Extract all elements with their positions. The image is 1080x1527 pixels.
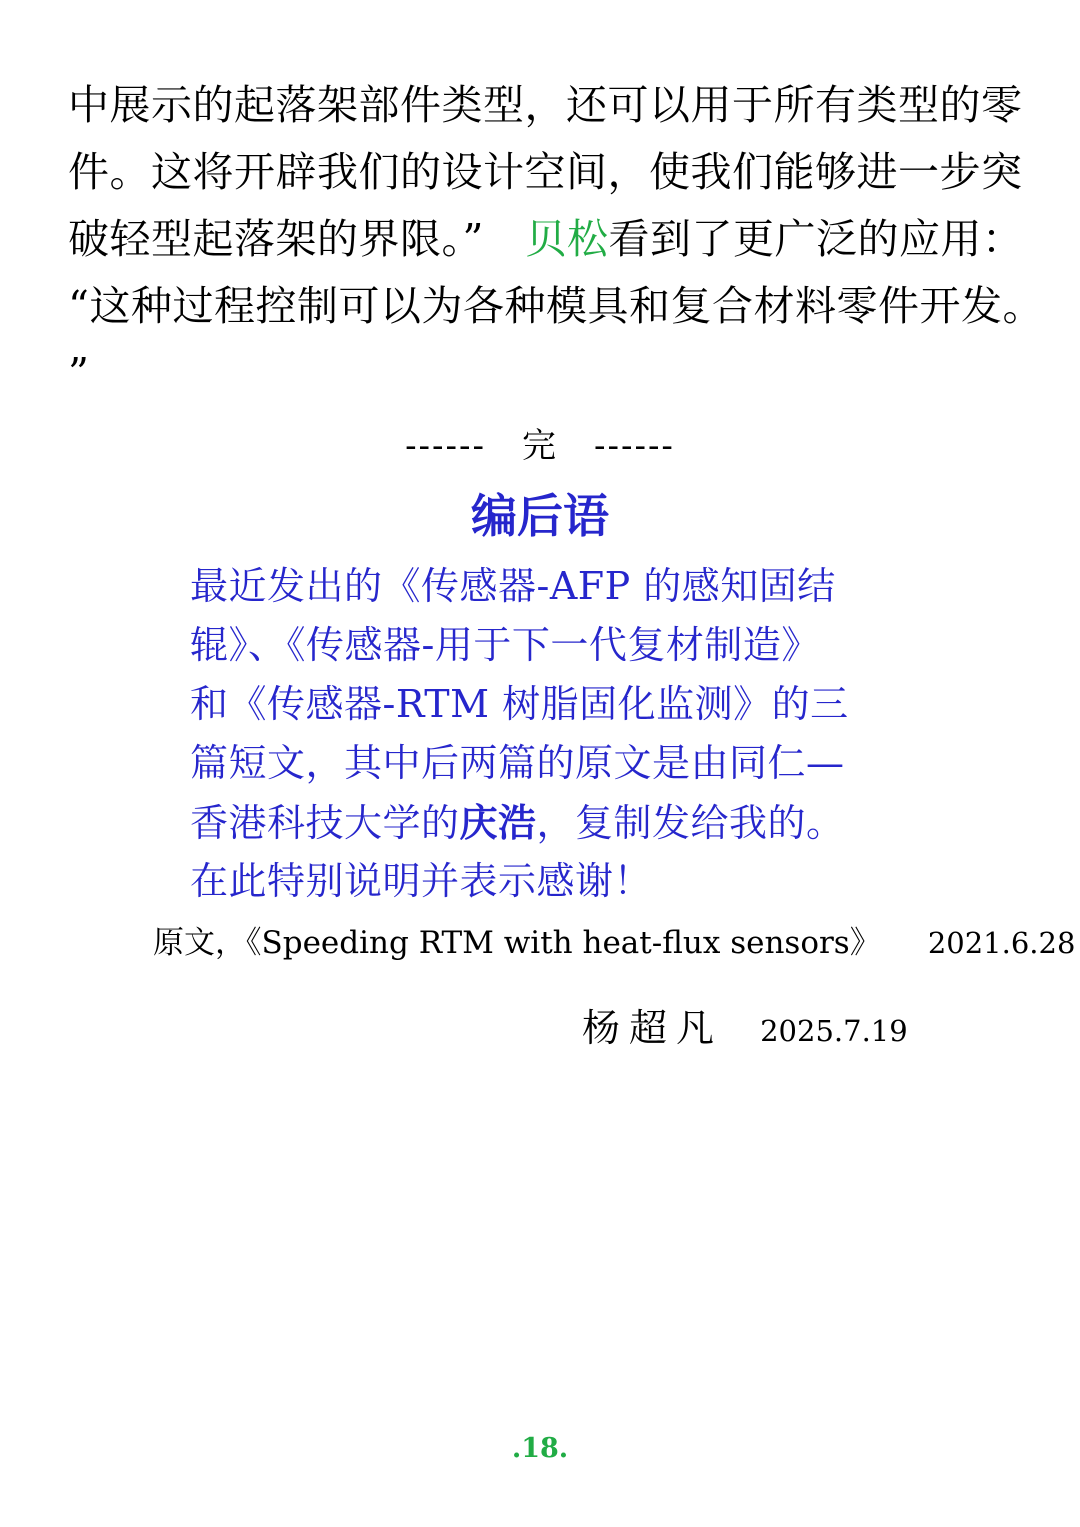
signature-date: 2025.7.19 — [760, 1014, 908, 1048]
source-reference-line: 原文，《Speeding RTM with heat-flux sensors》… — [153, 920, 1075, 966]
text-line: ” — [68, 340, 1020, 407]
text-segment: 件。这将开辟我们的设计空间，使我们能够进一步突 — [68, 148, 1023, 196]
text-line: 和《传感器-RTM 树脂固化监测》的三 — [190, 675, 849, 734]
source-reference-title: 原文，《Speeding RTM with heat-flux sensors》 — [153, 925, 881, 961]
text-line: 件。这将开辟我们的设计空间，使我们能够进一步突 — [68, 139, 1020, 206]
text-segment: ” — [68, 349, 89, 397]
text-segment: 中展示的起落架部件类型，还可以用于所有类型的零 — [68, 81, 1023, 129]
page-number: .18. — [0, 1433, 1080, 1465]
text-segment: 辊》、《传感器-用于下一代复材制造》 — [190, 623, 820, 667]
signature-author-name: 杨超凡 — [582, 1006, 723, 1050]
end-marker: ------ 完 ------ — [0, 418, 1080, 474]
text-segment: 香港科技大学的 — [190, 801, 460, 845]
text-segment-bold: 庆浩 — [460, 800, 537, 845]
text-segment: 破轻型起落架的界限。” — [68, 215, 525, 263]
text-segment: “这种过程控制可以为各种模具和复合材料零件开发。 — [68, 282, 1044, 330]
text-segment: 在此特别说明并表示感谢！ — [190, 859, 652, 903]
text-line: 香港科技大学的庆浩，复制发给我的。 — [190, 793, 849, 852]
text-segment: 最近发出的《传感器-AFP 的感知固结 — [190, 564, 836, 608]
closing-paragraph: 中展示的起落架部件类型，还可以用于所有类型的零件。这将开辟我们的设计空间，使我们… — [68, 72, 1020, 407]
text-line: 篇短文，其中后两篇的原文是由同仁— — [190, 734, 849, 793]
text-segment: 篇短文，其中后两篇的原文是由同仁— — [190, 741, 845, 785]
text-line: 破轻型起落架的界限。” 贝松看到了更广泛的应用： — [68, 206, 1020, 273]
article-page: 中展示的起落架部件类型，还可以用于所有类型的零件。这将开辟我们的设计空间，使我们… — [0, 0, 1080, 1527]
text-segment-green: 贝松 — [525, 215, 608, 263]
text-segment: ，复制发给我的。 — [537, 801, 845, 845]
text-segment: 和《传感器-RTM 树脂固化监测》的三 — [190, 682, 849, 726]
signature-line: 杨超凡 2025.7.19 — [582, 1004, 908, 1052]
text-line: 辊》、《传感器-用于下一代复材制造》 — [190, 616, 849, 675]
postscript-title: 编后语 — [0, 486, 1080, 546]
source-reference-date: 2021.6.28 — [928, 926, 1076, 960]
text-segment: 看到了更广泛的应用： — [608, 215, 1023, 263]
text-line: 在此特别说明并表示感谢！ — [190, 852, 849, 911]
text-line: 最近发出的《传感器-AFP 的感知固结 — [190, 557, 849, 616]
postscript-paragraph: 最近发出的《传感器-AFP 的感知固结辊》、《传感器-用于下一代复材制造》和《传… — [190, 557, 849, 911]
text-line: 中展示的起落架部件类型，还可以用于所有类型的零 — [68, 72, 1020, 139]
text-line: “这种过程控制可以为各种模具和复合材料零件开发。 — [68, 273, 1020, 340]
